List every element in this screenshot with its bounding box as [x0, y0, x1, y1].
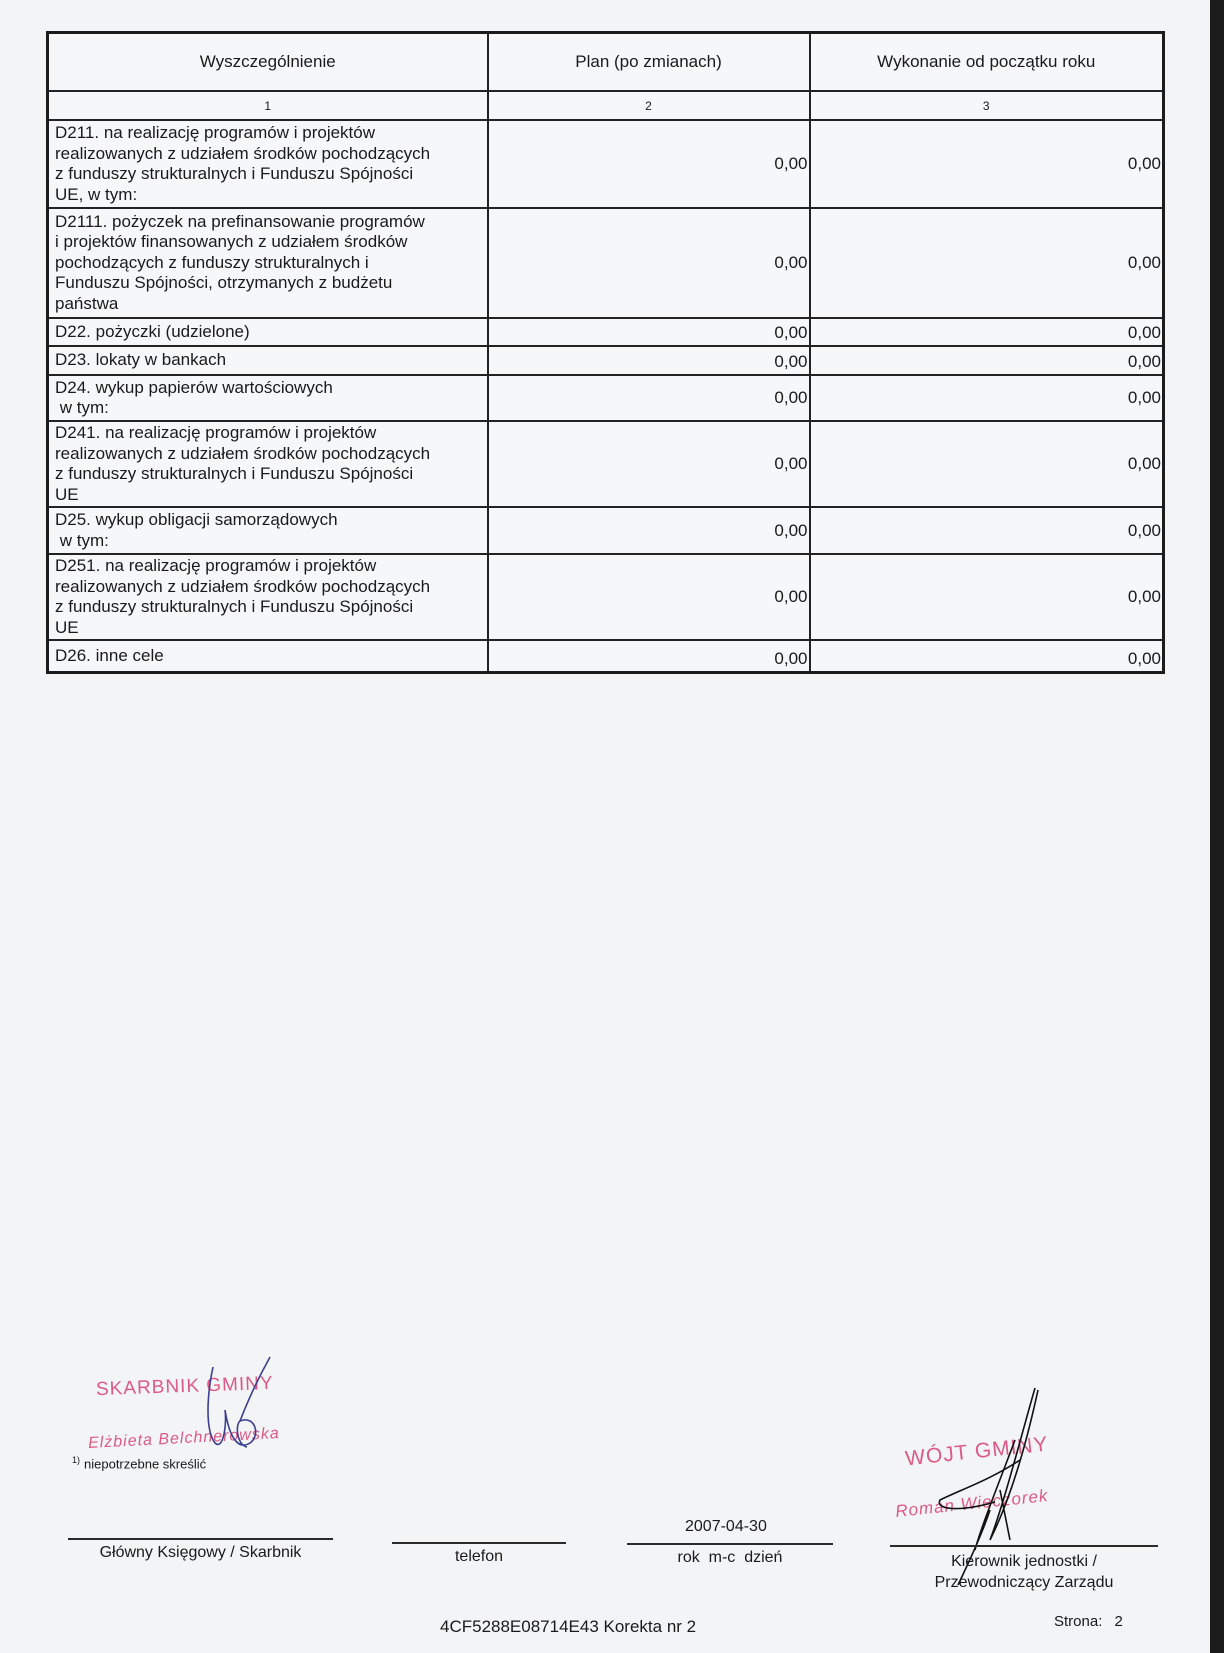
footnote-text: niepotrzebne skreślić [84, 1456, 206, 1471]
description-line: D251. na realizację programów i projektó… [55, 556, 481, 577]
description-line: realizowanych z udziałem środków pochodz… [55, 144, 481, 165]
row-description: D26. inne cele [48, 640, 488, 672]
date-label: rok m-c dzień [627, 1549, 833, 1567]
description-line: D211. na realizację programów i projektó… [55, 123, 481, 144]
stamp-mayor-name: Roman Wieczorek [894, 1486, 1049, 1522]
column-number-3: 3 [810, 91, 1164, 120]
row-description: D241. na realizację programów i projektó… [48, 421, 488, 507]
column-number-row: 1 2 3 [48, 91, 1164, 120]
treasurer-signature-icon [195, 1355, 305, 1465]
column-number-1: 1 [48, 91, 488, 120]
stamp-mayor-title: WÓJT GMINY [904, 1433, 1050, 1472]
row-plan-value: 0,00 [488, 421, 810, 507]
row-plan-value: 0,00 [488, 120, 810, 208]
description-line: państwa [55, 294, 481, 315]
row-description: D24. wykup papierów wartościowych w tym: [48, 375, 488, 421]
row-execution-value: 0,00 [810, 507, 1164, 554]
table-row: D241. na realizację programów i projektó… [48, 421, 1164, 507]
footnote-marker: 1) [72, 1455, 80, 1465]
header-row: Wyszczególnienie Plan (po zmianach) Wyko… [48, 33, 1164, 92]
row-plan-value: 0,00 [488, 318, 810, 346]
description-line: D23. lokaty w bankach [55, 350, 481, 371]
document-id: 4CF5288E08714E43 Korekta nr 2 [440, 1617, 696, 1637]
row-execution-value: 0,00 [810, 554, 1164, 640]
description-line: w tym: [55, 398, 481, 419]
scan-page-edge [1210, 0, 1224, 1653]
date-line [627, 1543, 833, 1545]
description-line: pochodzących z funduszy strukturalnych i [55, 253, 481, 274]
phone-label: telefon [392, 1548, 566, 1566]
stamp-treasurer-name: Elżbieta Belchnerowska [88, 1425, 281, 1453]
row-execution-value: 0,00 [810, 318, 1164, 346]
accountant-signature-line [68, 1538, 333, 1540]
date-value: 2007-04-30 [685, 1518, 767, 1536]
page-value: 2 [1115, 1613, 1123, 1630]
head-label-line1: Kierownik jednostki / [890, 1553, 1158, 1571]
phone-line [392, 1542, 566, 1544]
table-row: D251. na realizację programów i projektó… [48, 554, 1164, 640]
description-line: w tym: [55, 531, 481, 552]
table-row: D24. wykup papierów wartościowych w tym:… [48, 375, 1164, 421]
description-line: D2111. pożyczek na prefinansowanie progr… [55, 212, 481, 233]
description-line: D24. wykup papierów wartościowych [55, 378, 481, 399]
row-description: D2111. pożyczek na prefinansowanie progr… [48, 208, 488, 318]
row-execution-value: 0,00 [810, 375, 1164, 421]
header-execution: Wykonanie od początku roku [810, 33, 1164, 92]
stamp-treasurer-title: SKARBNIK GMINY [96, 1373, 274, 1401]
row-description: D22. pożyczki (udzielone) [48, 318, 488, 346]
header-plan: Plan (po zmianach) [488, 33, 810, 92]
row-description: D251. na realizację programów i projektó… [48, 554, 488, 640]
table-row: D25. wykup obligacji samorządowych w tym… [48, 507, 1164, 554]
description-line: z funduszy strukturalnych i Funduszu Spó… [55, 164, 481, 185]
description-line: D26. inne cele [55, 646, 481, 667]
row-plan-value: 0,00 [488, 208, 810, 318]
table-row: D23. lokaty w bankach0,000,00 [48, 346, 1164, 375]
row-execution-value: 0,00 [810, 421, 1164, 507]
description-line: i projektów finansowanych z udziałem śro… [55, 232, 481, 253]
row-plan-value: 0,00 [488, 375, 810, 421]
description-line: z funduszy strukturalnych i Funduszu Spó… [55, 464, 481, 485]
description-line: UE [55, 618, 481, 639]
head-signature-line [890, 1545, 1158, 1547]
row-execution-value: 0,00 [810, 120, 1164, 208]
row-execution-value: 0,00 [810, 208, 1164, 318]
description-line: D25. wykup obligacji samorządowych [55, 510, 481, 531]
head-label-line2: Przewodniczący Zarządu [890, 1574, 1158, 1592]
row-description: D25. wykup obligacji samorządowych w tym… [48, 507, 488, 554]
row-plan-value: 0,00 [488, 346, 810, 375]
table-row: D211. na realizację programów i projektó… [48, 120, 1164, 208]
table-row: D26. inne cele0,000,00 [48, 640, 1164, 672]
description-line: Funduszu Spójności, otrzymanych z budżet… [55, 273, 481, 294]
footnote: 1)niepotrzebne skreślić [72, 1455, 206, 1471]
financial-report-table: Wyszczególnienie Plan (po zmianach) Wyko… [46, 31, 1165, 674]
description-line: UE [55, 485, 481, 506]
row-execution-value: 0,00 [810, 346, 1164, 375]
description-line: realizowanych z udziałem środków pochodz… [55, 444, 481, 465]
header-description: Wyszczególnienie [48, 33, 488, 92]
description-line: D241. na realizację programów i projektó… [55, 423, 481, 444]
table-row: D2111. pożyczek na prefinansowanie progr… [48, 208, 1164, 318]
description-line: D22. pożyczki (udzielone) [55, 322, 481, 343]
description-line: realizowanych z udziałem środków pochodz… [55, 577, 481, 598]
table-row: D22. pożyczki (udzielone)0,000,00 [48, 318, 1164, 346]
row-execution-value: 0,00 [810, 640, 1164, 672]
column-number-2: 2 [488, 91, 810, 120]
page-label: Strona: [1054, 1613, 1102, 1630]
row-description: D211. na realizację programów i projektó… [48, 120, 488, 208]
row-plan-value: 0,00 [488, 554, 810, 640]
page-number: Strona: 2 [1054, 1613, 1123, 1630]
row-plan-value: 0,00 [488, 640, 810, 672]
description-line: z funduszy strukturalnych i Funduszu Spó… [55, 597, 481, 618]
row-description: D23. lokaty w bankach [48, 346, 488, 375]
description-line: UE, w tym: [55, 185, 481, 206]
table-body: D211. na realizację programów i projektó… [48, 120, 1164, 672]
row-plan-value: 0,00 [488, 507, 810, 554]
accountant-label: Główny Księgowy / Skarbnik [68, 1544, 333, 1562]
